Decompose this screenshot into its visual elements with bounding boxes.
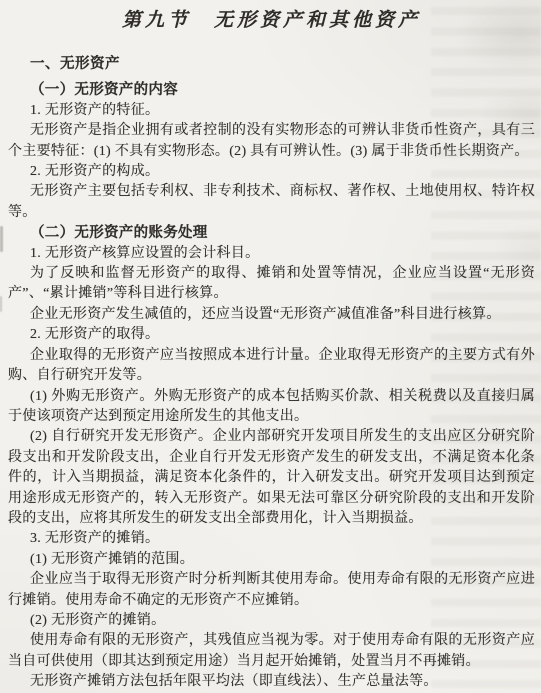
paragraph-acquisition-measurement: 企业取得的无形资产应当按照成本进行计量。企业取得无形资产的主要方式有外购、自行研…	[8, 346, 535, 387]
numbered-item-composition: 2. 无形资产的构成。	[8, 162, 535, 182]
numbered-item-amortization: 3. 无形资产的摊销。	[8, 529, 535, 549]
paragraph-amortization-heading: (2) 无形资产的摊销。	[8, 611, 535, 631]
paragraph-amortization-rules: 使用寿命有限的无形资产，其残值应当视为零。对于使用寿命有限的无形资产应当自可供使…	[8, 631, 535, 672]
paragraph-amortization-methods: 无形资产摊销方法包括年限平均法（即直线法）、生产总量法等。	[8, 672, 535, 692]
scan-edge-mark	[0, 296, 2, 312]
subsection-heading-accounting-treatment: （二）无形资产的账务处理	[8, 223, 535, 243]
paragraph-impairment-account: 企业无形资产发生减值的，还应当设置“无形资产减值准备”科目进行核算。	[8, 305, 535, 325]
paragraph-amortization-scope: 企业应当于取得无形资产时分析判断其使用寿命。使用寿命有限的无形资产应进行摊销。使…	[8, 570, 535, 611]
paragraph-self-developed-assets: (2) 自行研究开发无形资产。企业内部研究开发项目所发生的支出应区分研究阶段支出…	[8, 427, 535, 529]
paragraph-accounts-setup: 为了反映和监督无形资产的取得、摊销和处置等情况，企业应当设置“无形资产”、“累计…	[8, 264, 535, 305]
paragraph-purchased-assets: (1) 外购无形资产。外购无形资产的成本包括购买价款、相关税费以及直接归属于使该…	[8, 387, 535, 428]
paragraph-composition: 无形资产主要包括专利权、非专利技术、商标权、著作权、土地使用权、特许权等。	[8, 182, 535, 223]
numbered-item-acquisition: 2. 无形资产的取得。	[8, 325, 535, 345]
section-heading-intangible-assets: 一、无形资产	[8, 54, 535, 74]
paragraph-definition: 无形资产是指企业拥有或者控制的没有实物形态的可辨认非货币性资产，具有三个主要特征…	[8, 121, 535, 162]
document-title: 第九节 无形资产和其他资产	[8, 8, 535, 32]
numbered-item-accounts: 1. 无形资产核算应设置的会计科目。	[8, 244, 535, 264]
paragraph-amortization-scope-heading: (1) 无形资产摊销的范围。	[8, 550, 535, 570]
scan-edge-mark	[0, 226, 3, 252]
numbered-item-characteristics: 1. 无形资产的特征。	[8, 101, 535, 121]
subsection-heading-contents: （一）无形资产的内容	[8, 80, 535, 100]
scanned-page: 第九节 无形资产和其他资产 一、无形资产 （一）无形资产的内容 1. 无形资产的…	[0, 0, 541, 693]
